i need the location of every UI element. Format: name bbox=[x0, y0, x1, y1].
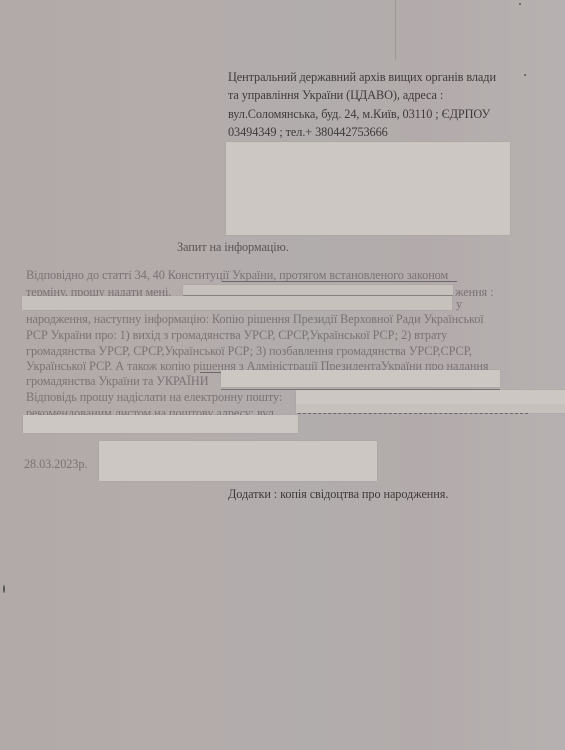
redacted-address-continued bbox=[23, 415, 298, 433]
redacted-citizenship-detail bbox=[221, 370, 500, 387]
body-line-6: громадянства УРСР, СРСР,Української РСР;… bbox=[26, 343, 472, 359]
paper-speck bbox=[519, 3, 521, 5]
attachments-note: Додатки : копія свідоцтва про народження… bbox=[228, 486, 448, 502]
body-line-4: народження, наступну інформацію: Копію р… bbox=[26, 311, 484, 327]
paper-speck bbox=[3, 585, 5, 593]
body-line-8: громадянства України та УКРАЇНИ bbox=[26, 373, 209, 389]
addressee-line-1: Центральний державний архів вищих органі… bbox=[228, 69, 496, 85]
dashed-underline bbox=[298, 413, 528, 414]
body-line-1-text: Відповідно до статті 34, 40 Конституції … bbox=[26, 268, 448, 282]
paper-crease bbox=[395, 0, 396, 60]
redacted-signature bbox=[99, 441, 377, 481]
redacted-sender-block bbox=[226, 142, 510, 235]
body-line-3-end: у bbox=[456, 296, 462, 312]
redacted-email bbox=[296, 390, 565, 405]
addressee-line-3: вул.Соломянська, буд. 24, м.Київ, 03110 … bbox=[228, 106, 490, 122]
underline bbox=[222, 281, 457, 282]
document-title: Запит на інформацію. bbox=[177, 239, 289, 255]
document-page: Центральний державний архів вищих органі… bbox=[0, 0, 565, 750]
body-line-5: РСР України про: 1) вихід з громадянства… bbox=[26, 327, 447, 343]
body-line-9: Відповідь прошу надіслати на електронну … bbox=[26, 389, 282, 405]
redacted-street bbox=[296, 405, 565, 413]
redacted-name-inline bbox=[183, 285, 453, 295]
paper-speck bbox=[524, 74, 526, 76]
addressee-line-4: 03494349 ; тел.+ 380442753666 bbox=[228, 124, 388, 140]
redacted-birth-info bbox=[22, 296, 452, 310]
document-date: 28.03.2023р. bbox=[24, 456, 87, 472]
addressee-line-2: та управління України (ЦДАВО), адреса : bbox=[228, 87, 443, 103]
